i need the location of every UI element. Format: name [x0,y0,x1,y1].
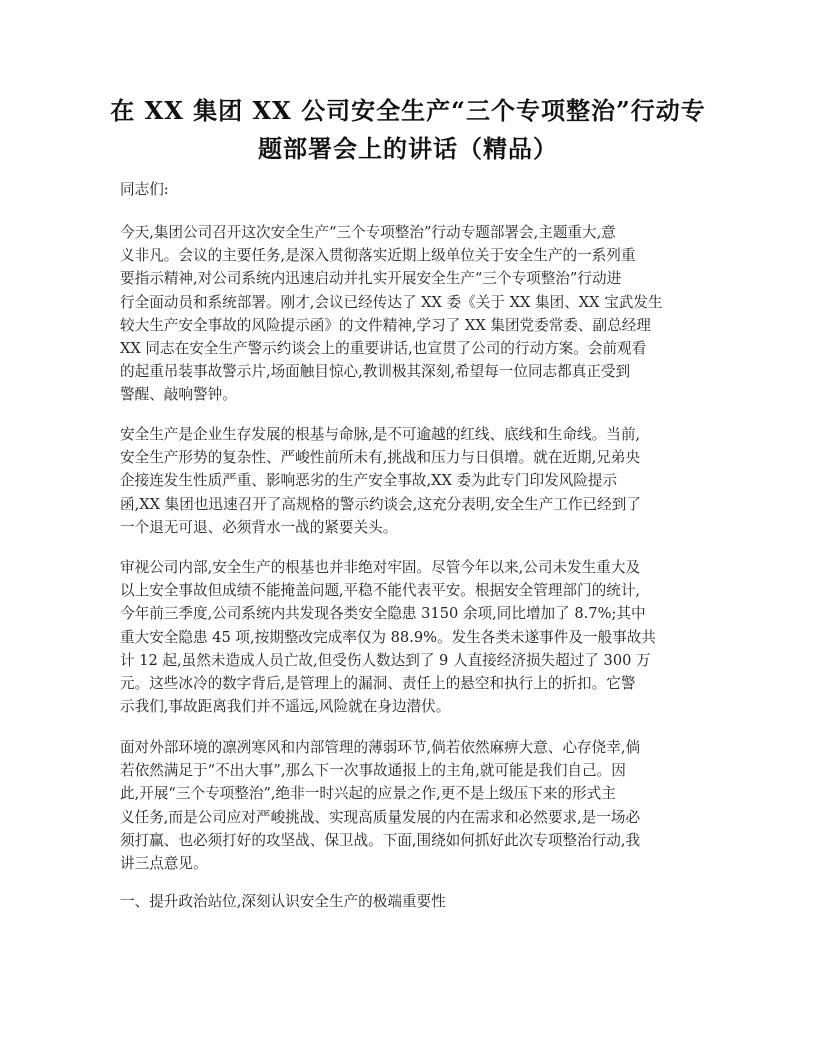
section-heading-text: 一、提升政治站位,深刻认识安全生产的极端重要性 [120,890,720,913]
text-line: 今天,集团公司召开这次安全生产“三个专项整治”行动专题部署会,主题重大,意 [120,221,720,244]
text-line: 一个退无可退、必须背水一战的紧要关头。 [120,516,720,539]
text-line: 义非凡。会议的主要任务,是深入贯彻落实近期上级单位关于安全生产的一系列重 [120,244,720,267]
paragraph-2: 安全生产是企业生存发展的根基与命脉,是不可逾越的红线、底线和生命线。当前, 安全… [120,423,720,539]
text-line: 今年前三季度,公司系统内共发现各类安全隐患 3150 余项,同比增加了 8.7%… [120,602,720,625]
paragraph-1: 今天,集团公司召开这次安全生产“三个专项整治”行动专题部署会,主题重大,意 义非… [120,221,720,407]
text-line: 讲三点意见。 [120,852,720,875]
text-line: 示我们,事故距离我们并不遥远,风险就在身边潜伏。 [120,695,720,718]
text-line: 义任务,而是公司应对严峻挑战、实现高质量发展的内在需求和必然要求,是一场必 [120,806,720,829]
text-line: 若依然满足于“不出大事”,那么下一次事故通报上的主角,就可能是我们自己。因 [120,759,720,782]
document-title: 在 XX 集团 XX 公司安全生产“三个专项整治”行动专 题部署会上的讲话（精品… [100,92,716,168]
text-line: 重大安全隐患 45 项,按期整改完成率仅为 88.9%。发生各类未遂事件及一般事… [120,626,720,649]
salutation-text: 同志们: [120,178,720,201]
text-line: 行全面动员和系统部署。刚才,会议已经传达了 XX 委《关于 XX 集团、XX 宝… [120,291,720,314]
salutation: 同志们: [120,178,720,201]
text-line: 函,XX 集团也迅速召开了高规格的警示约谈会,这充分表明,安全生产工作已经到了 [120,493,720,516]
text-line: 以上安全事故但成绩不能掩盖问题,平稳不能代表平安。根据安全管理部门的统计, [120,579,720,602]
text-line: XX 同志在安全生产警示约谈会上的重要讲话,也宣贯了公司的行动方案。会前观看 [120,337,720,360]
text-line: 审视公司内部,安全生产的根基也并非绝对牢固。尽管今年以来,公司未发生重大及 [120,556,720,579]
text-line: 企接连发生性质严重、影响恶劣的生产安全事故,XX 委为此专门印发风险提示 [120,469,720,492]
text-line: 要指示精神,对公司系统内迅速启动并扎实开展安全生产“三个专项整治”行动进 [120,267,720,290]
text-line: 须打赢、也必须打好的攻坚战、保卫战。下面,围绕如何抓好此次专项整治行动,我 [120,829,720,852]
paragraph-3: 审视公司内部,安全生产的根基也并非绝对牢固。尽管今年以来,公司未发生重大及 以上… [120,556,720,718]
paragraph-4: 面对外部环境的凛冽寒风和内部管理的薄弱环节,倘若依然麻痹大意、心存侥幸,倘 若依… [120,736,720,875]
text-line: 计 12 起,虽然未造成人员亡故,但受伤人数达到了 9 人直接经济损失超过了 3… [120,649,720,672]
title-line: 题部署会上的讲话（精品） [100,130,716,168]
text-line: 警醒、敲响警钟。 [120,383,720,406]
text-line: 的起重吊装事故警示片,场面触目惊心,教训极其深刻,希望每一位同志都真正受到 [120,360,720,383]
text-line: 较大生产安全事故的风险提示函》的文件精神,学习了 XX 集团党委常委、副总经理 [120,314,720,337]
document-page: 在 XX 集团 XX 公司安全生产“三个专项整治”行动专 题部署会上的讲话（精品… [0,0,816,1056]
title-line: 在 XX 集团 XX 公司安全生产“三个专项整治”行动专 [100,92,716,130]
section-heading: 一、提升政治站位,深刻认识安全生产的极端重要性 [120,890,720,913]
text-line: 面对外部环境的凛冽寒风和内部管理的薄弱环节,倘若依然麻痹大意、心存侥幸,倘 [120,736,720,759]
text-line: 安全生产形势的复杂性、严峻性前所未有,挑战和压力与日俱增。就在近期,兄弟央 [120,446,720,469]
text-line: 元。这些冰冷的数字背后,是管理上的漏洞、责任上的悬空和执行上的折扣。它警 [120,672,720,695]
text-line: 此,开展“三个专项整治”,绝非一时兴起的应景之作,更不是上级压下来的形式主 [120,782,720,805]
text-line: 安全生产是企业生存发展的根基与命脉,是不可逾越的红线、底线和生命线。当前, [120,423,720,446]
